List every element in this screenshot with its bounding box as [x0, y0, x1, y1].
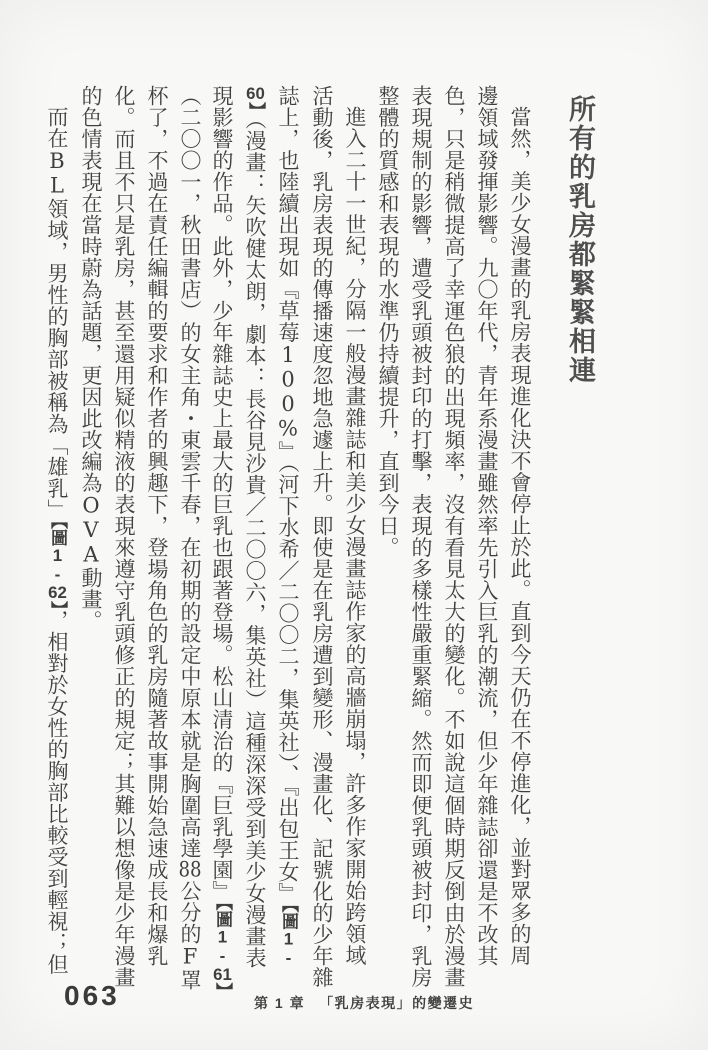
body-column: 杯了，不過在責任編輯的要求和作者的興趣下，登場角色的乳房隨著故事開始急速成長和爆… — [146, 85, 167, 951]
body-column: 進入二十一世紀，分隔一般漫畫雜誌和美少女漫畫誌作家的高牆崩塌，許多作家開始跨領域 — [344, 85, 365, 951]
body-text: 邊領域發揮影響。九〇年代，青年系漫畫雖然率先引入巨乳的潮流，但少年雜誌卻還是不改… — [475, 85, 499, 967]
body-text: 88 — [178, 859, 202, 880]
body-column: 色，只是稍微提高了幸運色狼的出現頻率，沒有看見太大的變化。不如說這個時期反倒由於… — [443, 85, 464, 951]
body-text: 而在BL領域，男性的胸部被稱為「雄乳」 — [45, 106, 69, 521]
body-text: 整體的質感和表現的水準仍持續提升，直到今日。 — [376, 85, 400, 558]
body-column: 化。而且不只是乳房，甚至還用疑似精液的表現來遵守乳頭修正的規定；其難以想像是少年… — [113, 85, 134, 951]
page-number: 063 — [64, 980, 120, 1012]
footer-chapter-title: 「乳房表現」的變遷史 — [319, 993, 474, 1013]
body-text: （二〇〇一，秋田書店）的女主角・東雲千春，在初期的設定中原本就是胸圍高達 — [178, 85, 202, 859]
body-column: 誌上，也陸續出現如『草莓100%』（河下水希／二〇〇二，集英社）、『出包王女』【… — [278, 85, 299, 951]
body-column: 60】（漫畫：矢吹健太朗，劇本：長谷見沙貴／二〇〇六，集英社）這種深深受到美少女… — [245, 85, 266, 951]
figure-reference: 】 — [48, 601, 67, 610]
body-column: 的色情表現在當時蔚為話題，更因此改編為OVA動畫。 — [80, 85, 101, 951]
body-column: 整體的質感和表現的水準仍持續提升，直到今日。 — [377, 85, 398, 951]
body-text: 公分的F罩 — [178, 880, 202, 991]
figure-reference: 】 — [213, 983, 232, 1000]
body-text: （漫畫：矢吹健太朗，劇本：長谷見沙貴／二〇〇六，集英社）這種深深受到美少女漫畫表 — [243, 119, 267, 969]
footer-chapter: 第 1 章 — [254, 993, 305, 1013]
body-column: 而在BL領域，男性的胸部被稱為「雄乳」【圖1-62】，相對於女性的胸部比較受到輕… — [47, 85, 68, 951]
figure-reference: 【圖1- — [213, 902, 232, 966]
book-page: 所有的乳房都緊緊相連 當然，美少女漫畫的乳房表現進化決不會停止於此。直到今天仍在… — [0, 0, 708, 1050]
body-text: 進入二十一世紀，分隔一般漫畫雜誌和美少女漫畫誌作家的高牆崩塌，許多作家開始跨領域 — [343, 106, 367, 966]
figure-reference: 【圖1- — [279, 904, 298, 968]
body-column: 表現規制的影響，遭受乳頭被封印的打擊，表現的多樣性嚴重緊縮。然而即便乳頭被封印，… — [410, 85, 431, 951]
figure-reference: 61 — [213, 966, 232, 983]
running-footer: 第 1 章 「乳房表現」的變遷史 — [254, 993, 474, 1013]
body-text: ，相對於女性的胸部比較受到輕視；但 — [45, 610, 69, 976]
body-column: 現影響的作品。此外，少年雜誌史上最大的巨乳也跟著登場。松山清治的『巨乳學園』【圖… — [212, 85, 233, 951]
body-text: 化。而且不只是乳房，甚至還用疑似精液的表現來遵守乳頭修正的規定；其難以想像是少年… — [112, 85, 136, 988]
figure-reference: 】 — [246, 102, 265, 119]
body-columns: 當然，美少女漫畫的乳房表現進化決不會停止於此。直到今天仍在不停進化，並對眾多的周… — [47, 85, 530, 951]
body-text: 杯了，不過在責任編輯的要求和作者的興趣下，登場角色的乳房隨著故事開始急速成長和爆… — [145, 85, 169, 967]
figure-reference: 【圖1- — [48, 521, 67, 585]
body-text: 色，只是稍微提高了幸運色狼的出現頻率，沒有看見太大的變化。不如說這個時期反倒由於… — [442, 85, 466, 988]
body-column: （二〇〇一，秋田書店）的女主角・東雲千春，在初期的設定中原本就是胸圍高達88公分… — [179, 85, 200, 951]
body-text: 表現規制的影響，遭受乳頭被封印的打擊，表現的多樣性嚴重緊縮。然而即便乳頭被封印，… — [409, 85, 433, 988]
body-column: 當然，美少女漫畫的乳房表現進化決不會停止於此。直到今天仍在不停進化，並對眾多的周 — [509, 85, 530, 951]
body-text: 的色情表現在當時蔚為話題，更因此改編為OVA動畫。 — [79, 85, 103, 632]
figure-reference: 60 — [246, 85, 265, 102]
body-text: 活動後，乳房表現的傳播速度忽地急遽上升。即使是在乳房遭到變形、漫畫化、記號化的少… — [310, 85, 334, 988]
body-text: 誌上，也陸續出現如『草莓100%』（河下水希／二〇〇二，集英社）、『出包王女』 — [276, 85, 300, 904]
page-title: 所有的乳房都緊緊相連 — [561, 95, 600, 385]
body-text: 現影響的作品。此外，少年雜誌史上最大的巨乳也跟著登場。松山清治的『巨乳學園』 — [210, 85, 234, 902]
body-text: 當然，美少女漫畫的乳房表現進化決不會停止於此。直到今天仍在不停進化，並對眾多的周 — [508, 106, 532, 966]
body-column: 活動後，乳房表現的傳播速度忽地急遽上升。即使是在乳房遭到變形、漫畫化、記號化的少… — [311, 85, 332, 951]
figure-reference: 62 — [48, 584, 67, 601]
body-column: 邊領域發揮影響。九〇年代，青年系漫畫雖然率先引入巨乳的潮流，但少年雜誌卻還是不改… — [476, 85, 497, 951]
